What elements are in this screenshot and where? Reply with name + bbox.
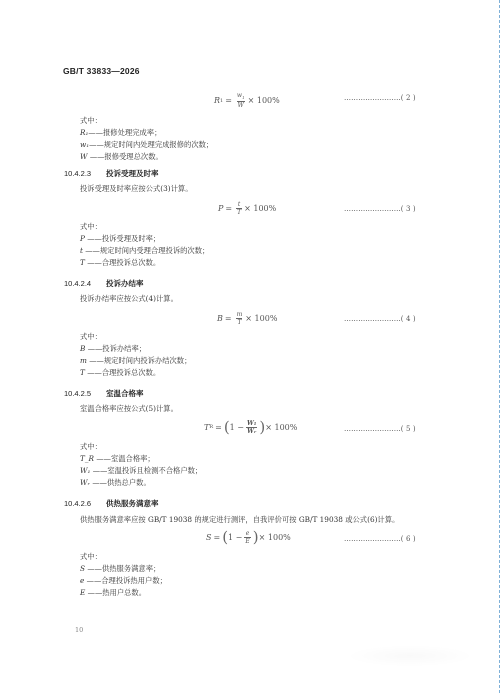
term-dash: —— xyxy=(84,576,101,585)
equation-number-5: ……………………( 5 ) xyxy=(344,425,416,433)
formula-2: R1 = w1 W × 100% xyxy=(214,92,280,109)
section-number: 10.4.2.4 xyxy=(64,279,106,288)
where-label: 式中： xyxy=(80,442,102,452)
section-heading-10-4-2-4: 10.4.2.4投诉办结率 xyxy=(64,278,144,289)
section-number: 10.4.2.5 xyxy=(64,389,106,398)
term-symbol: W xyxy=(80,152,88,161)
denominator: T xyxy=(236,318,242,326)
section-intro: 投诉办结率应按公式(4)计算。 xyxy=(80,294,178,304)
section-heading-10-4-2-6: 10.4.2.6供热服务满意率 xyxy=(64,498,159,509)
numerator: W₁ xyxy=(246,420,257,427)
term-description: 热用户总数。 xyxy=(102,588,146,597)
fraction: m T xyxy=(236,311,244,326)
term-symbol: w₁ xyxy=(80,140,89,149)
term-description: 规定时间内受理合理投诉的次数； xyxy=(100,246,209,255)
term-dash: —— xyxy=(90,466,107,475)
where-label: 式中： xyxy=(80,552,102,562)
section-heading-10-4-2-5: 10.4.2.5室温合格率 xyxy=(64,388,144,399)
section-intro: 供热服务满意率应按 GB/T 19038 的规定进行测评，自我评价可按 GB/T… xyxy=(80,515,399,525)
term-row: P ——投诉受理及时率； xyxy=(80,234,160,244)
section-title: 供热服务满意率 xyxy=(106,499,159,508)
formula-lhs: P xyxy=(218,204,223,213)
formula-lhs-subscript: 1 xyxy=(220,98,223,104)
term-dash: —— xyxy=(85,368,102,377)
term-description: 供热服务满意率； xyxy=(102,564,160,573)
term-description: 合理投诉热用户数； xyxy=(101,576,167,585)
term-row: t ——规定时间内受理合理投诉的次数； xyxy=(80,246,209,256)
term-row: S ——供热服务满意率； xyxy=(80,564,160,574)
term-description: 规定时间内投诉办结次数； xyxy=(104,356,192,365)
where-label: 式中： xyxy=(80,116,102,126)
term-row: E ——热用户总数。 xyxy=(80,588,146,598)
term-description: 室温合格率； xyxy=(111,454,155,463)
section-title: 投诉受理及时率 xyxy=(106,169,159,178)
term-row: Wᵣ ——供热总户数。 xyxy=(80,478,151,488)
term-description: 室温投诉且检测不合格户数； xyxy=(107,466,202,475)
equation-number-3: ……………………( 3 ) xyxy=(344,205,416,213)
formula-6: S = ( 1 − e E ) × 100% xyxy=(206,529,291,545)
faint-watermark xyxy=(345,645,475,667)
section-number: 10.4.2.6 xyxy=(64,499,106,508)
term-symbol: m xyxy=(80,356,87,365)
term-dash: —— xyxy=(85,588,102,597)
equation-number-2: ……………………( 2 ) xyxy=(344,94,416,102)
page-number: 10 xyxy=(75,626,83,634)
formula-3: P = t T × 100% xyxy=(218,201,276,216)
term-row: W₁ ——室温投诉且检测不合格户数； xyxy=(80,466,202,476)
term-row: T ——合理投诉总次数。 xyxy=(80,258,160,268)
fraction: e E xyxy=(244,530,250,545)
where-label: 式中： xyxy=(80,222,102,232)
formula-one-minus: 1 − xyxy=(230,423,244,432)
formula-lhs-subscript: R xyxy=(209,424,213,430)
term-row: T_R ——室温合格率； xyxy=(80,454,155,464)
formula-rhs: × 100% xyxy=(265,423,297,432)
fraction: t T xyxy=(236,201,242,216)
term-row: w₁——规定时间内处理完成报修的次数； xyxy=(80,140,213,150)
formula-lhs: S xyxy=(206,533,211,542)
term-row: W ——报修受理总次数。 xyxy=(80,152,163,162)
section-title: 投诉办结率 xyxy=(106,279,144,288)
section-intro: 投诉受理及时率应按公式(3)计算。 xyxy=(80,184,193,194)
term-dash: —— xyxy=(83,246,100,255)
section-title: 室温合格率 xyxy=(106,389,144,398)
numerator: t xyxy=(237,201,241,208)
term-dash: —— xyxy=(85,344,102,353)
formula-4: B = m T × 100% xyxy=(217,311,277,326)
numerator: e xyxy=(245,530,251,537)
term-dash: —— xyxy=(89,140,104,149)
formula-rhs: × 100% xyxy=(245,314,277,323)
term-description: 规定时间内处理完成报修的次数； xyxy=(104,140,213,149)
term-dash: —— xyxy=(94,454,111,463)
page-edge-guide xyxy=(499,0,500,693)
where-label: 式中： xyxy=(80,332,102,342)
section-heading-10-4-2-3: 10.4.2.3投诉受理及时率 xyxy=(64,168,159,179)
term-dash: —— xyxy=(88,128,103,137)
denominator: Wᵣ xyxy=(246,427,257,435)
term-dash: —— xyxy=(90,478,107,487)
equation-number-4: ……………………( 4 ) xyxy=(344,315,416,323)
term-row: e ——合理投诉热用户数； xyxy=(80,576,167,586)
formula-5: TR = ( 1 − W₁ Wᵣ ) × 100% xyxy=(204,419,297,435)
term-dash: —— xyxy=(85,258,102,267)
term-row: m ——规定时间内投诉办结次数； xyxy=(80,356,191,366)
term-row: R₁——报修处理完成率； xyxy=(80,128,161,138)
term-description: 报修受理总次数。 xyxy=(104,152,162,161)
term-row: B ——投诉办结率； xyxy=(80,344,146,354)
equation-number-6: ……………………( 6 ) xyxy=(344,535,416,543)
denominator: W xyxy=(237,101,245,109)
formula-rhs: × 100% xyxy=(248,96,280,105)
term-description: 投诉受理及时率； xyxy=(102,234,160,243)
standard-code-header: GB/T 33833—2026 xyxy=(63,66,140,76)
numerator: m xyxy=(236,311,244,318)
formula-rhs: × 100% xyxy=(244,204,276,213)
term-dash: —— xyxy=(85,564,102,573)
formula-one-minus: 1 − xyxy=(228,533,242,542)
numerator-subscript: 1 xyxy=(242,95,245,100)
term-description: 合理投诉总次数。 xyxy=(102,368,160,377)
fraction: w1 W xyxy=(236,92,246,109)
term-symbol: W₁ xyxy=(80,466,90,475)
term-description: 合理投诉总次数。 xyxy=(102,258,160,267)
formula-rhs: × 100% xyxy=(259,533,291,542)
term-description: 供热总户数。 xyxy=(107,478,151,487)
term-row: T ——合理投诉总次数。 xyxy=(80,368,160,378)
denominator: E xyxy=(244,537,250,545)
term-description: 投诉办结率； xyxy=(102,344,146,353)
term-symbol: Wᵣ xyxy=(80,478,90,487)
fraction: W₁ Wᵣ xyxy=(246,420,257,435)
term-dash: —— xyxy=(87,356,104,365)
denominator: T xyxy=(236,208,242,216)
term-description: 报修处理完成率； xyxy=(103,128,161,137)
section-intro: 室温合格率应按公式(5)计算。 xyxy=(80,404,178,414)
term-dash: —— xyxy=(88,152,105,161)
document-page: GB/T 33833—2026 R1 = w1 W × 100% …………………… xyxy=(0,0,501,693)
term-dash: —— xyxy=(85,234,102,243)
section-number: 10.4.2.3 xyxy=(64,169,106,178)
formula-lhs: B xyxy=(217,314,223,323)
term-symbol: T_R xyxy=(80,454,94,463)
